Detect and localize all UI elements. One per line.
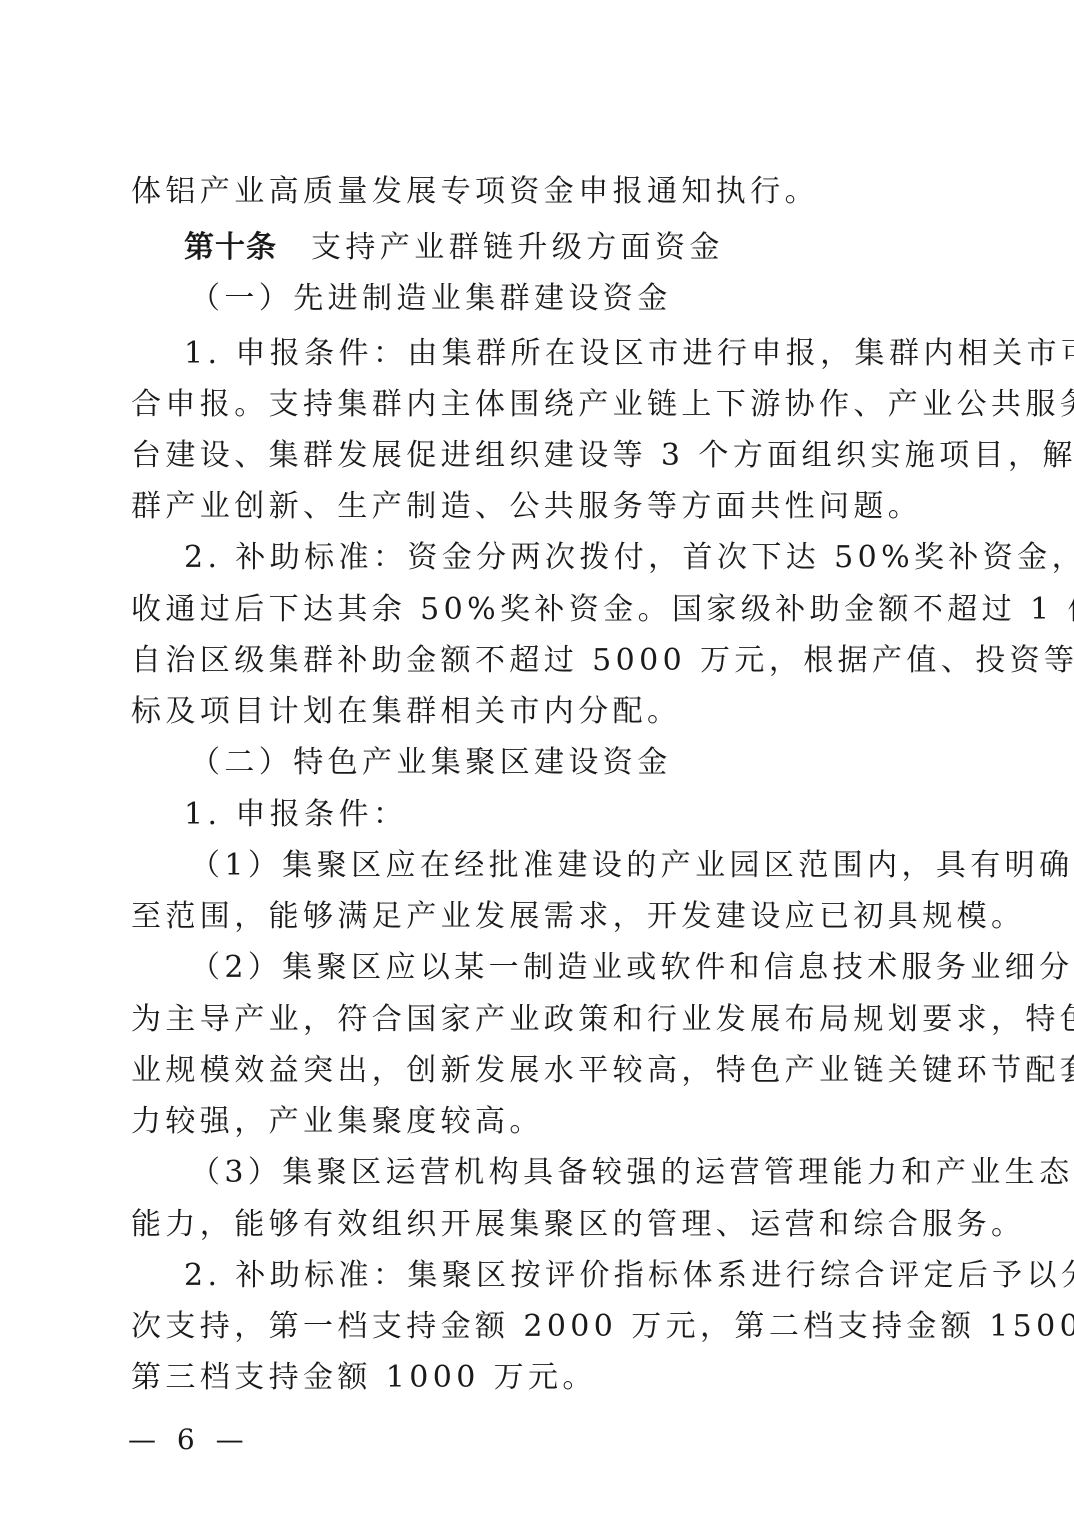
paragraph-line: 2. 补助标准：集聚区按评价指标体系进行综合评定后予以分档 xyxy=(184,1256,937,1296)
paragraph-line: 群产业创新、生产制造、公共服务等方面共性问题。 xyxy=(131,487,937,527)
paragraph-line: （3）集聚区运营机构具备较强的运营管理能力和产业生态打造 xyxy=(190,1153,996,1193)
page-number: — 6 — xyxy=(128,1420,250,1460)
article-number: 第十条 xyxy=(184,230,277,265)
article-heading: 第十条支持产业群链升级方面资金 xyxy=(184,228,937,268)
paragraph-line: 2. 补助标准：资金分两次拨付，首次下达 50%奖补资金，考核验 xyxy=(184,538,937,578)
paragraph-line: 体铝产业高质量发展专项资金申报通知执行。 xyxy=(131,172,937,212)
paragraph-line: 能力，能够有效组织开展集聚区的管理、运营和综合服务。 xyxy=(131,1205,937,1245)
paragraph-line: 台建设、集群发展促进组织建设等 3 个方面组织实施项目，解决集 xyxy=(131,436,937,476)
paragraph-line: 力较强，产业集聚度较高。 xyxy=(131,1102,937,1142)
paragraph-line: 自治区级集群补助金额不超过 5000 万元，根据产值、投资等绩效目 xyxy=(131,641,937,681)
paragraph-line: 1. 申报条件： xyxy=(184,795,937,835)
paragraph-line: 第三档支持金额 1000 万元。 xyxy=(131,1358,937,1398)
paragraph-line: 合申报。支持集群内主体围绕产业链上下游协作、产业公共服务平 xyxy=(131,385,937,425)
document-page: 体铝产业高质量发展专项资金申报通知执行。 第十条支持产业群链升级方面资金 （一）… xyxy=(0,0,1074,1520)
article-title: 支持产业群链升级方面资金 xyxy=(311,230,724,265)
paragraph-line: 至范围，能够满足产业发展需求，开发建设应已初具规模。 xyxy=(131,897,937,937)
paragraph-line: （2）集聚区应以某一制造业或软件和信息技术服务业细分领域 xyxy=(190,948,996,988)
paragraph-line: 业规模效益突出，创新发展水平较高，特色产业链关键环节配套能 xyxy=(131,1051,937,1091)
paragraph-line: （1）集聚区应在经批准建设的产业园区范围内，具有明确的四 xyxy=(190,846,996,886)
section-heading: （二）特色产业集聚区建设资金 xyxy=(190,743,996,783)
section-heading: （一）先进制造业集群建设资金 xyxy=(190,279,996,319)
paragraph-line: 次支持，第一档支持金额 2000 万元，第二档支持金额 1500 万元， xyxy=(131,1307,937,1347)
paragraph-line: 标及项目计划在集群相关市内分配。 xyxy=(131,692,937,732)
paragraph-line: 收通过后下达其余 50%奖补资金。国家级补助金额不超过 1 亿元， xyxy=(131,590,937,630)
paragraph-line: 为主导产业，符合国家产业政策和行业发展布局规划要求，特色产 xyxy=(131,1000,937,1040)
paragraph-line: 1. 申报条件：由集群所在设区市进行申报，集群内相关市可联 xyxy=(184,334,937,374)
